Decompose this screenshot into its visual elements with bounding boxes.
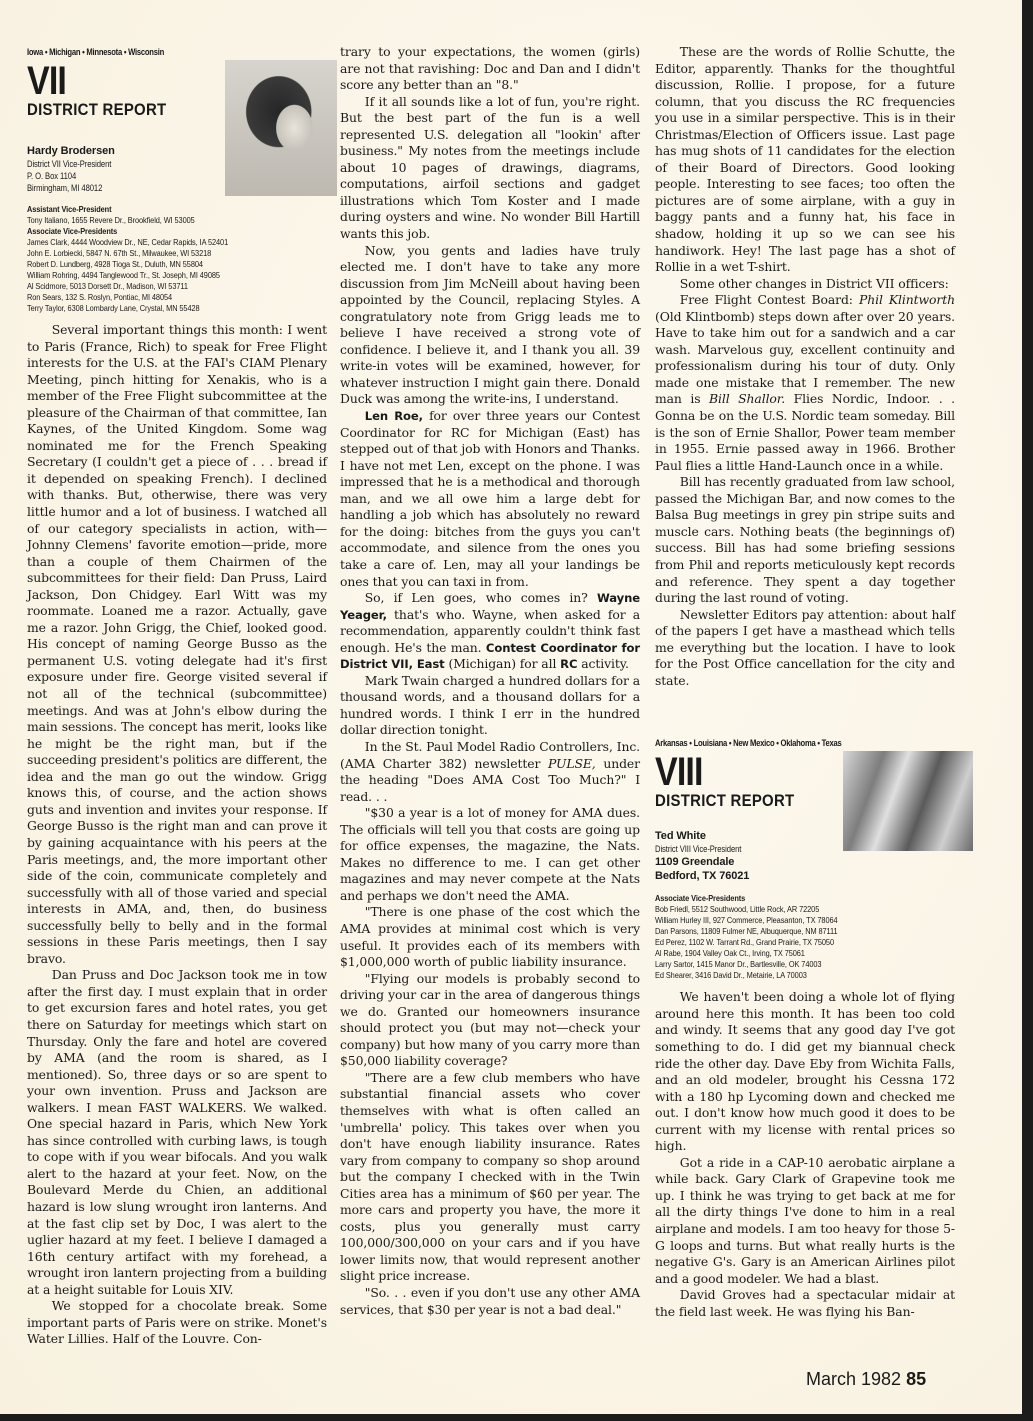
paragraph-text: So, if Len goes, who comes in? [365,590,597,605]
paragraph-text: (Michigan) for all [445,656,561,671]
district-7-header: Iowa • Michigan • Minnesota • Wisconsin … [27,44,327,202]
name-len-roe: Len Roe, [365,409,423,423]
associate-vps-header: Associate Vice-Presidents [27,226,285,237]
paragraph: In the St. Paul Model Radio Controllers,… [340,739,640,805]
associate-vp: Robert D. Lundberg, 4928 Tioga St., Dulu… [27,259,285,270]
district-8-vp-address2: Bedford, TX 76021 [655,869,955,883]
paragraph: "Flying our models is probably second to… [340,971,640,1070]
paragraph: Got a ride in a CAP-10 aerobatic airplan… [655,1155,955,1287]
associate-vp: James Clark, 4444 Woodview Dr., NE, Ceda… [27,237,285,248]
paragraph: Newsletter Editors pay attention: about … [655,607,955,690]
associate-vp: Ed Perez, 1102 W. Tarrant Rd., Grand Pra… [655,937,913,948]
associate-vp: Terry Taylor, 6308 Lombardy Lane, Crysta… [27,303,285,314]
associate-vp: Bob Friedl, 5512 Southwood, Little Rock,… [655,904,913,915]
name-phil-klintworth: Phil Klintworth [859,292,955,307]
column-3: These are the words of Rollie Schutte, t… [655,44,955,1320]
paragraph-text: Free Flight Contest Board: [680,292,859,307]
column-2: trary to your expectations, the women (g… [340,44,640,1318]
district-8-header: Arkansas • Louisiana • New Mexico • Okla… [655,735,955,891]
paragraph: "$30 a year is a lot of money for AMA du… [340,805,640,904]
associate-vp: Ed Shearer, 3416 David Dr., Metairie, LA… [655,970,913,981]
paragraph: Bill has recently graduated from law sch… [655,474,955,606]
paragraph: "There is one phase of the cost which th… [340,904,640,970]
associate-vp: Dan Parsons, 11809 Fulmer NE, Albuquerqu… [655,926,913,937]
page-number: 85 [906,1369,926,1389]
associate-vp: William Hurley III, 927 Commerce, Pleasa… [655,915,913,926]
paragraph: Some other changes in District VII offic… [655,276,955,293]
assistant-vp-header: Assistant Vice-President [27,204,285,215]
paragraph: Dan Pruss and Doc Jackson took me in tow… [27,967,327,1298]
paragraph: Several important things this month: I w… [27,322,327,967]
column-1: Iowa • Michigan • Minnesota • Wisconsin … [27,44,327,1348]
paragraph: "There are a few club members who have s… [340,1070,640,1285]
name-bill-shallor: Bill Shallor. [709,391,785,406]
associate-vp: Al Rabe, 1904 Valley Oak Ct., Irving, TX… [655,948,913,959]
paragraph: David Groves had a spectacular midair at… [655,1287,955,1320]
paragraph: If it all sounds like a lot of fun, you'… [340,94,640,243]
associate-vp: Ron Sears, 132 S. Roslyn, Pontiac, MI 48… [27,292,285,303]
associate-vp: John E. Lorbiecki, 5847 N. 67th St., Mil… [27,248,285,259]
page-footer: March 1982 85 [806,1369,926,1390]
assistant-vp: Tony Italiano, 1655 Revere Dr., Brookfie… [27,215,285,226]
paragraph: Now, you gents and ladies have truly ele… [340,243,640,408]
associate-vps-header: Associate Vice-Presidents [655,893,913,904]
magazine-page: Iowa • Michigan • Minnesota • Wisconsin … [0,0,1022,1414]
district-7-officers: Assistant Vice-President Tony Italiano, … [27,204,327,314]
associate-vp: Al Scidmore, 5013 Dorsett Dr., Madison, … [27,281,285,292]
paragraph-text: activity. [577,656,628,671]
paragraph: So, if Len goes, who comes in? Wayne Yea… [340,590,640,673]
newsletter-title: PULSE, [548,756,596,771]
portrait-photo-icon [843,751,973,851]
paragraph: "So. . . even if you don't use any other… [340,1285,640,1318]
district-8-officers: Associate Vice-Presidents Bob Friedl, 55… [655,893,955,981]
paragraph: We haven't been doing a whole lot of fly… [655,989,955,1154]
associate-vp: Larry Sartor, 1415 Manor Dr., Bartlesvil… [655,959,913,970]
paragraph: trary to your expectations, the women (g… [340,44,640,94]
district-8-states: Arkansas • Louisiana • New Mexico • Okla… [655,735,910,747]
issue-date: March 1982 [806,1369,901,1389]
paragraph-text: for over three years our Contest Coordin… [340,408,640,588]
paragraph: Len Roe, for over three years our Contes… [340,408,640,590]
paragraph: Free Flight Contest Board: Phil Klintwor… [655,292,955,474]
paragraph: These are the words of Rollie Schutte, t… [655,44,955,276]
district-7-states: Iowa • Michigan • Minnesota • Wisconsin [27,44,282,56]
paragraph: Mark Twain charged a hundred dollars for… [340,673,640,739]
district-8-vp-address1: 1109 Greendale [655,855,955,869]
paragraph: We stopped for a chocolate break. Some i… [27,1298,327,1348]
rc-label: RC [560,657,577,671]
associate-vp: William Rohring, 4494 Tanglewood Tr., St… [27,270,285,281]
portrait-photo-icon [225,60,337,196]
